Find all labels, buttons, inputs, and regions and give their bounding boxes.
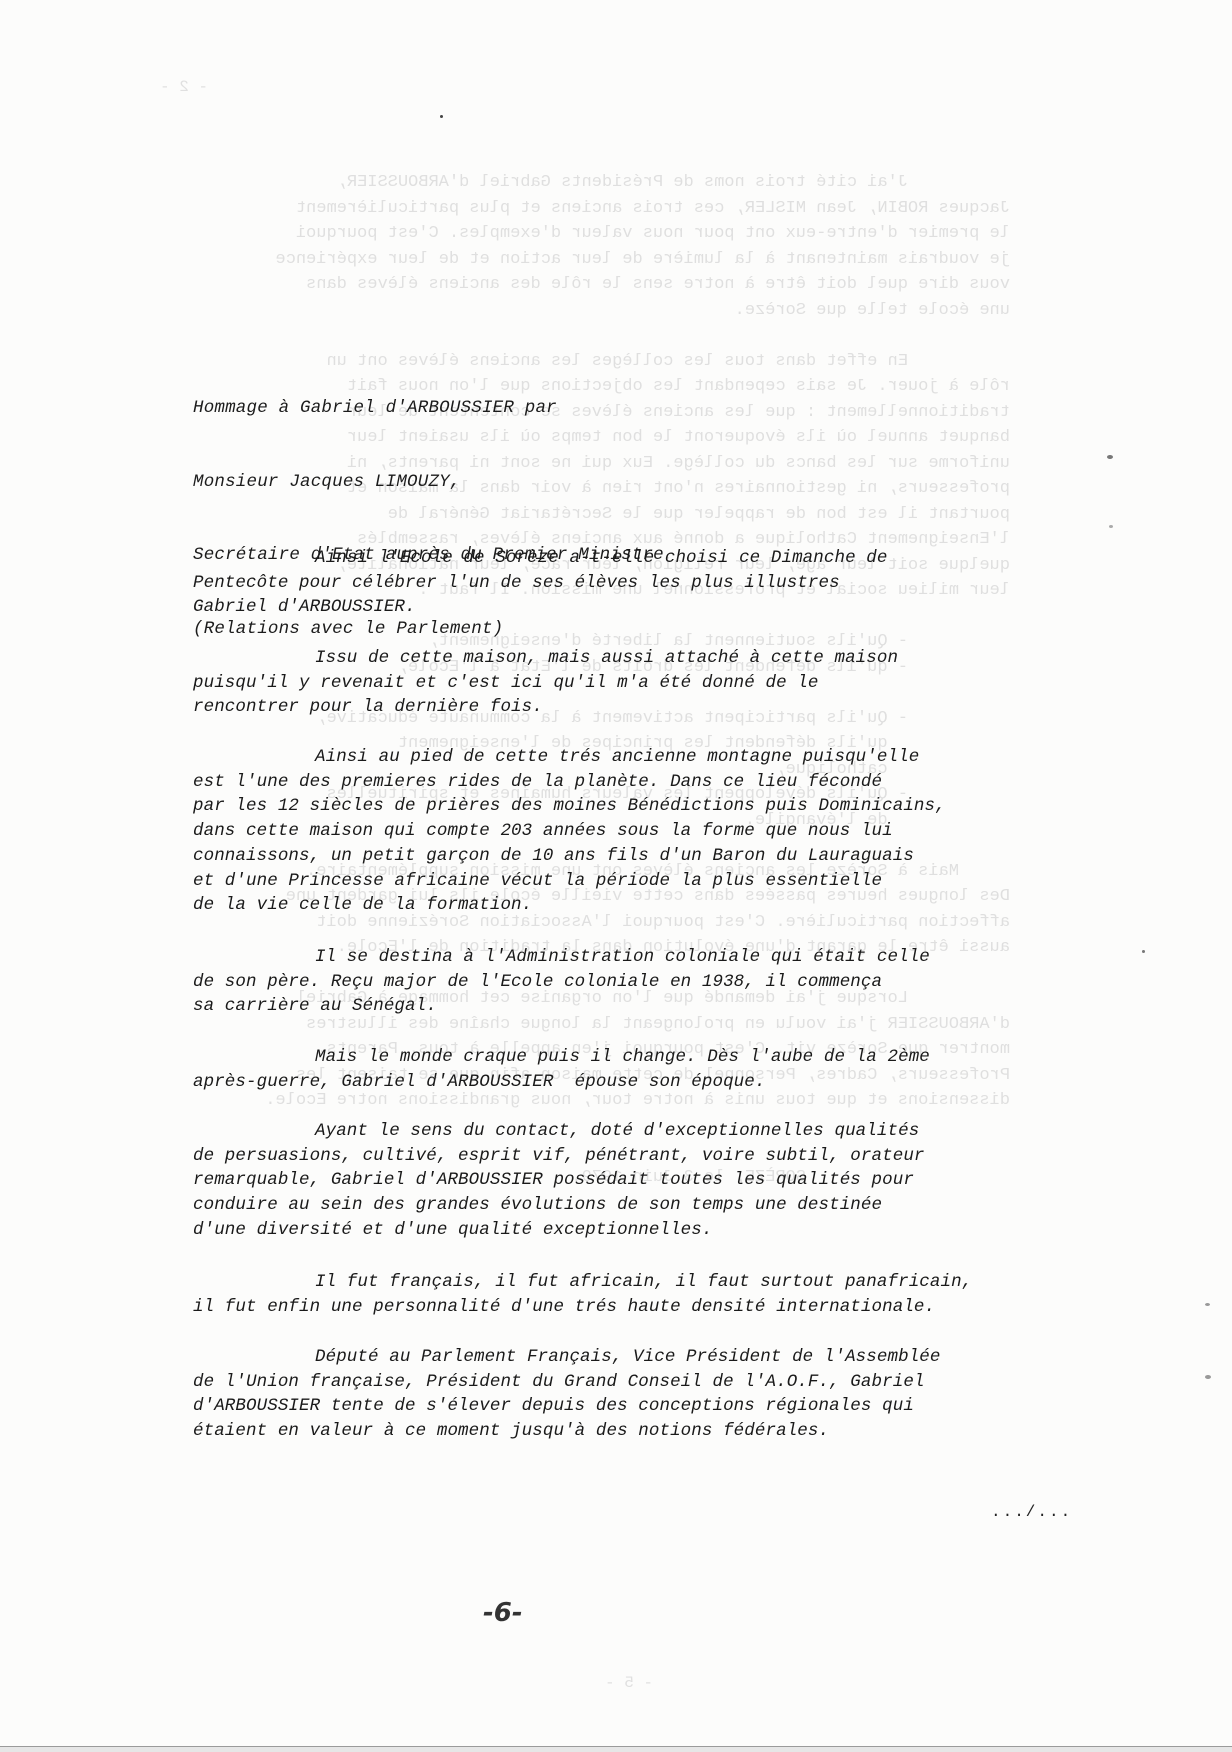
paragraph-first-line: Issu de cette maison, mais aussi attaché… [193,646,898,671]
paragraph-line: il fut enfin une personnalité d'une trés… [193,1295,972,1320]
paragraph: Mais le monde craque puis il change. Dès… [193,1045,930,1094]
paragraph-first-line: Il se destina à l'Administration colonia… [193,945,930,970]
scan-speck [1107,455,1113,459]
paragraph: Issu de cette maison, mais aussi attaché… [193,646,898,720]
paragraph: Ainsi au pied de cette trés ancienne mon… [193,745,946,918]
paragraph-first-line: Il fut français, il fut africain, il fau… [193,1270,972,1295]
paragraph-line: Pentecôte pour célébrer l'un de ses élèv… [193,571,888,596]
document-page: - 2 - J'ai cité trois noms de Présidents… [0,0,1232,1746]
paragraph-first-line: Député au Parlement Français, Vice Prési… [193,1345,941,1370]
paragraph-line: après-guerre, Gabriel d'ARBOUSSIER épous… [193,1070,930,1095]
page-number: -6- [483,1598,523,1628]
paragraph-line: par les 12 siècles de prières des moines… [193,794,946,819]
paragraph-line: est l'une des premieres rides de la plan… [193,770,946,795]
heading-line: Hommage à Gabriel d'ARBOUSSIER par [193,396,664,421]
paragraph-line: d'une diversité et d'une qualité excepti… [193,1218,925,1243]
paragraph-line: de persuasions, cultivé, esprit vif, pén… [193,1144,925,1169]
paragraph-line: et d'une Princesse africaine vécut la pé… [193,869,946,894]
paragraph-line: conduire au sein des grandes évolutions … [193,1193,925,1218]
scan-speck [440,115,443,118]
heading-line: Monsieur Jacques LIMOUZY, [193,470,664,495]
speech-heading: Hommage à Gabriel d'ARBOUSSIER par Monsi… [193,347,664,690]
bleed-through-page-number-top: - 2 - [160,78,208,96]
paragraph-line: de son père. Reçu major de l'Ecole colon… [193,970,930,995]
scan-speck [1205,1375,1211,1379]
paragraph: Député au Parlement Français, Vice Prési… [193,1345,941,1444]
paragraph-first-line: Ainsi l'Ecole de Sorèze a-t-elle choisi … [193,546,888,571]
paragraph-line: rencontrer pour la dernière fois. [193,695,898,720]
paragraph-line: de l'Union française, Président du Grand… [193,1370,941,1395]
paragraph-line: connaissons, un petit garçon de 10 ans f… [193,844,946,869]
paragraph-line: de la vie celle de la formation. [193,893,946,918]
paragraph: Il se destina à l'Administration colonia… [193,945,930,1019]
scan-speck [1142,950,1145,953]
paragraph-first-line: Ayant le sens du contact, doté d'excepti… [193,1119,925,1144]
paragraph: Ayant le sens du contact, doté d'excepti… [193,1119,925,1243]
scan-speck [1109,525,1113,528]
paragraph: Ainsi l'Ecole de Sorèze a-t-elle choisi … [193,546,888,620]
paragraph-line: dans cette maison qui compte 203 années … [193,819,946,844]
heading-line: (Relations avec le Parlement) [193,617,664,642]
paragraph-line: étaient en valeur à ce moment jusqu'à de… [193,1419,941,1444]
paragraph-line: remarquable, Gabriel d'ARBOUSSIER posséd… [193,1168,925,1193]
paragraph-line: Gabriel d'ARBOUSSIER. [193,595,888,620]
paragraph-line: d'ARBOUSSIER tente de s'élever depuis de… [193,1394,941,1419]
paragraph-first-line: Ainsi au pied de cette trés ancienne mon… [193,745,946,770]
paragraph-line: sa carrière au Sénégal. [193,994,930,1019]
scan-speck [1205,1303,1210,1306]
paragraph-first-line: Mais le monde craque puis il change. Dès… [193,1045,930,1070]
scan-bottom-edge [0,1746,1232,1752]
bleed-through-page-number-bottom: - 5 - [605,1674,653,1692]
paragraph: Il fut français, il fut africain, il fau… [193,1270,972,1319]
paragraph-line: puisqu'il y revenait et c'est ici qu'il … [193,671,898,696]
continuation-mark: .../... [991,1503,1072,1521]
